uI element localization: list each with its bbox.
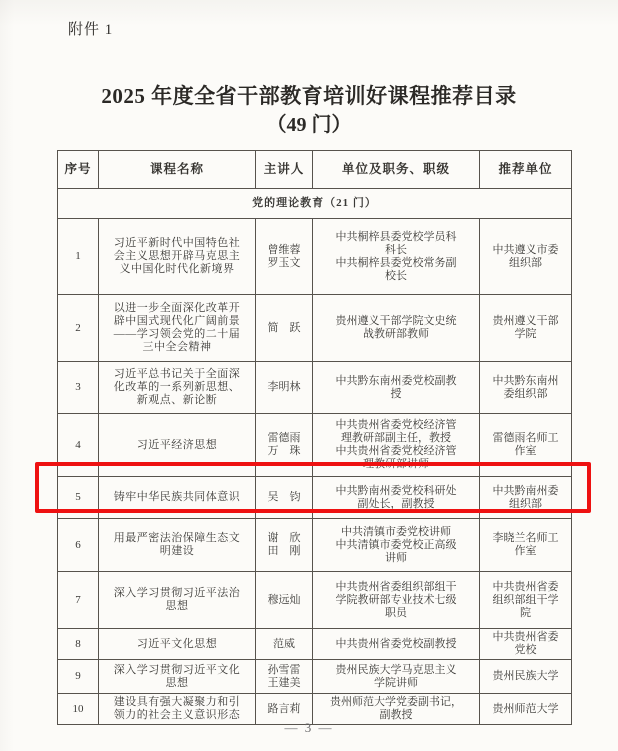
table-row: 4习近平经济思想雷德雨 万 珠中共贵州省委党校经济管 理教研部副主任，教授 中共… (58, 414, 572, 477)
header-unit: 单位及职务、职级 (313, 151, 480, 189)
speaker-cell: 穆远灿 (256, 572, 313, 629)
table-header-row: 序号 课程名称 主讲人 单位及职务、职级 推荐单位 (58, 151, 572, 189)
recommender-cell: 中共遵义市委 组织部 (480, 219, 572, 295)
table-row: 7深入学习贯彻习近平法治 思想穆远灿中共贵州省委组织部组干 学院教研部专业技术七… (58, 572, 572, 629)
course-cell: 习近平文化思想 (99, 629, 256, 660)
speaker-cell: 李明林 (256, 362, 313, 414)
table-row: 3习近平总书记关于全面深 化改革的一系列新思想、 新观点、新论断李明林中共黔东南… (58, 362, 572, 414)
no-cell: 7 (58, 572, 99, 629)
header-speaker: 主讲人 (256, 151, 313, 189)
speaker-cell: 曾维蓉 罗玉文 (256, 219, 313, 295)
header-no: 序号 (58, 151, 99, 189)
course-cell: 习近平经济思想 (99, 414, 256, 477)
header-recommender: 推荐单位 (480, 151, 572, 189)
no-cell: 5 (58, 477, 99, 519)
section-header-cell: 党的理论教育（21 门） (58, 189, 572, 219)
course-cell: 铸牢中华民族共同体意识 (99, 477, 256, 519)
table-row: 2以进一步全面深化改革开 辟中国式现代化广阔前景 ——学习领会党的二十届 三中全… (58, 295, 572, 362)
no-cell: 3 (58, 362, 99, 414)
recommender-cell: 中共贵州省委 组织部组干学 院 (480, 572, 572, 629)
recommender-cell: 雷德雨名师工 作室 (480, 414, 572, 477)
document-page: 附件 1 2025 年度全省干部教育培训好课程推荐目录 （49 门） 序号 课程… (0, 0, 618, 751)
section-header-row: 党的理论教育（21 门） (58, 189, 572, 219)
table-row: 1习近平新时代中国特色社 会主义思想开辟马克思主 义中国化时代化新境界曾维蓉 罗… (58, 219, 572, 295)
header-course: 课程名称 (99, 151, 256, 189)
unit-cell: 中共贵州省委党校副教授 (313, 629, 480, 660)
speaker-cell: 简 跃 (256, 295, 313, 362)
unit-cell: 贵州遵义干部学院文史统 战教研部教师 (313, 295, 480, 362)
page-number: — 3 — (0, 720, 618, 736)
no-cell: 9 (58, 660, 99, 694)
table-body: 党的理论教育（21 门）1习近平新时代中国特色社 会主义思想开辟马克思主 义中国… (58, 189, 572, 725)
recommender-cell: 中共贵州省委 党校 (480, 629, 572, 660)
recommender-cell: 贵州遵义干部 学院 (480, 295, 572, 362)
unit-cell: 中共清镇市委党校讲师 中共清镇市委党校正高级 讲师 (313, 519, 480, 572)
table-row-highlighted: 5铸牢中华民族共同体意识吴 钧中共黔南州委党校科研处 副处长，副教授中共黔南州委… (58, 477, 572, 519)
no-cell: 6 (58, 519, 99, 572)
attachment-label: 附件 1 (68, 18, 113, 39)
speaker-cell: 范威 (256, 629, 313, 660)
speaker-cell: 吴 钧 (256, 477, 313, 519)
unit-cell: 中共黔南州委党校科研处 副处长，副教授 (313, 477, 480, 519)
page-title: 2025 年度全省干部教育培训好课程推荐目录 (0, 80, 618, 110)
recommender-cell: 贵州民族大学 (480, 660, 572, 694)
recommender-cell: 中共黔南州委 组织部 (480, 477, 572, 519)
speaker-cell: 雷德雨 万 珠 (256, 414, 313, 477)
unit-cell: 贵州民族大学马克思主义 学院讲师 (313, 660, 480, 694)
course-cell: 深入学习贯彻习近平文化 思想 (99, 660, 256, 694)
table-row: 6用最严密法治保障生态文 明建设谢 欣 田 刚中共清镇市委党校讲师 中共清镇市委… (58, 519, 572, 572)
unit-cell: 中共黔东南州委党校副教 授 (313, 362, 480, 414)
no-cell: 4 (58, 414, 99, 477)
speaker-cell: 孙雪雷 王建美 (256, 660, 313, 694)
recommender-cell: 中共黔东南州 委组织部 (480, 362, 572, 414)
course-cell: 以进一步全面深化改革开 辟中国式现代化广阔前景 ——学习领会党的二十届 三中全会… (99, 295, 256, 362)
course-cell: 用最严密法治保障生态文 明建设 (99, 519, 256, 572)
unit-cell: 中共桐梓县委党校学员科 科长 中共桐梓县委党校常务副 校长 (313, 219, 480, 295)
no-cell: 1 (58, 219, 99, 295)
course-cell: 深入学习贯彻习近平法治 思想 (99, 572, 256, 629)
unit-cell: 中共贵州省委组织部组干 学院教研部专业技术七级 职员 (313, 572, 480, 629)
page-subtitle: （49 门） (0, 108, 618, 137)
course-cell: 习近平新时代中国特色社 会主义思想开辟马克思主 义中国化时代化新境界 (99, 219, 256, 295)
table-row: 8习近平文化思想范威中共贵州省委党校副教授中共贵州省委 党校 (58, 629, 572, 660)
table-row: 9深入学习贯彻习近平文化 思想孙雪雷 王建美贵州民族大学马克思主义 学院讲师贵州… (58, 660, 572, 694)
recommender-cell: 李晓兰名师工 作室 (480, 519, 572, 572)
no-cell: 8 (58, 629, 99, 660)
course-cell: 习近平总书记关于全面深 化改革的一系列新思想、 新观点、新论断 (99, 362, 256, 414)
course-table: 序号 课程名称 主讲人 单位及职务、职级 推荐单位 党的理论教育（21 门）1习… (57, 150, 572, 725)
speaker-cell: 谢 欣 田 刚 (256, 519, 313, 572)
no-cell: 2 (58, 295, 99, 362)
unit-cell: 中共贵州省委党校经济管 理教研部副主任，教授 中共贵州省委党校经济管 理教研部讲… (313, 414, 480, 477)
